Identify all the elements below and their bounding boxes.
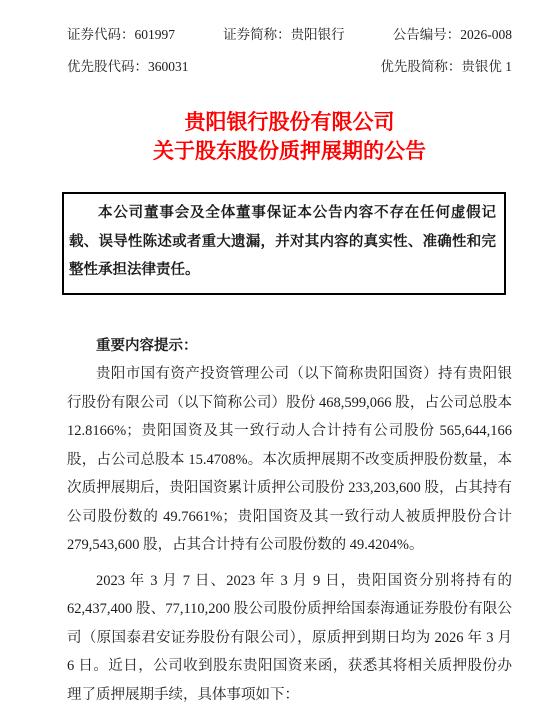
preferred-stock-code: 优先股代码：360031 (67, 58, 189, 75)
board-disclaimer-box: 本公司董事会及全体董事保证本公告内容不存在任何虚假记载、误导性陈述或者重大遗漏，… (62, 192, 506, 295)
security-meta-row-1: 证券代码：601997 证券简称：贵阳银行 公告编号：2026-008 (67, 26, 512, 43)
pledge-extension-detail-paragraph: 2023 年 3 月 7 日、2023 年 3 月 9 日，贵阳国资分别将持有的… (67, 567, 512, 710)
pledge-summary-paragraph: 贵阳市国有资产投资管理公司（以下简称贵阳国资）持有贵阳银行股份有限公司（以下简称… (67, 360, 512, 560)
important-notice-heading: 重要内容提示： (67, 332, 512, 361)
announcement-document: 证券代码：601997 证券简称：贵阳银行 公告编号：2026-008 优先股代… (0, 0, 548, 716)
document-title-line-2: 关于股东股份质押展期的公告 (67, 137, 512, 166)
preferred-stock-short-name: 优先股简称：贵银优 1 (380, 58, 512, 75)
document-title: 贵阳银行股份有限公司 关于股东股份质押展期的公告 (67, 108, 512, 166)
board-disclaimer-text: 本公司董事会及全体董事保证本公告内容不存在任何虚假记载、误导性陈述或者重大遗漏，… (69, 199, 496, 285)
announcement-number: 公告编号：2026-008 (393, 26, 512, 43)
document-title-line-1: 贵阳银行股份有限公司 (67, 108, 512, 137)
security-short-name: 证券简称：贵阳银行 (223, 26, 345, 43)
security-meta-row-2: 优先股代码：360031 优先股简称：贵银优 1 (67, 58, 512, 75)
security-code: 证券代码：601997 (67, 26, 175, 43)
